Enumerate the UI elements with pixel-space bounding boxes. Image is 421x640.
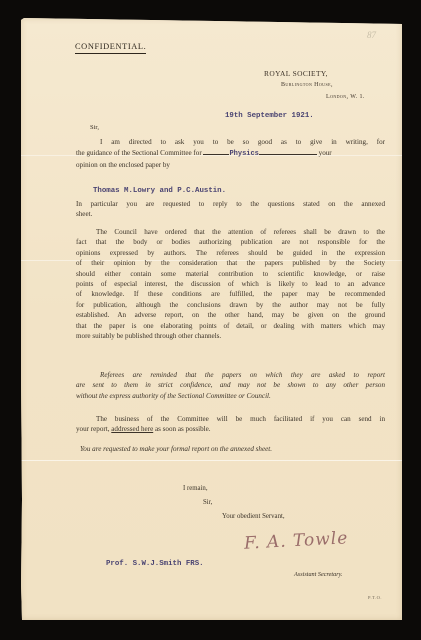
paragraph-line: are sent to them in strict confidence, a… <box>76 380 385 390</box>
blank-line <box>259 147 317 155</box>
intro-paragraph: I am directed to ask you to be so good a… <box>76 137 385 170</box>
page-number: 87 <box>367 30 376 40</box>
paragraph-line: sheet. <box>76 209 385 219</box>
paragraph-line: You are requested to make your formal re… <box>80 444 389 454</box>
business-paragraph: The business of the Committee will be mu… <box>76 414 385 435</box>
intro-text: your <box>319 149 332 157</box>
letterhead-address-line: Burlington House, <box>281 80 333 90</box>
closing-servant: Your obedient Servant, <box>222 512 285 522</box>
particular-paragraph: In particular you are requested to reply… <box>76 199 385 220</box>
salutation: Sir, <box>90 123 99 133</box>
letter-date: 19th September 1921. <box>225 111 314 121</box>
reminder-paragraph: Referees are reminded that the papers on… <box>76 370 385 401</box>
paragraph-line: of their opinion by the consideration th… <box>76 258 385 268</box>
fold-crease <box>21 460 402 461</box>
signatory-title: Assistant Secretary. <box>294 570 343 580</box>
paragraph-line: established. An adverse report, on the o… <box>76 310 385 320</box>
paragraph-line: without the express authority of the Sec… <box>76 391 385 401</box>
addressed-here-text: addressed here <box>111 425 153 433</box>
paragraph-line: The Council have ordered that the attent… <box>76 227 385 237</box>
closing-sir: Sir, <box>203 498 212 508</box>
paragraph-line: should either contain some material cont… <box>76 269 385 279</box>
handwritten-signature: F. A. Towle <box>244 528 349 553</box>
letterhead-org: ROYAL SOCIETY, <box>264 69 328 79</box>
business-text: your report, <box>76 425 111 433</box>
paragraph-line: more suitably be published through other… <box>76 331 385 341</box>
confidential-label: CONFIDENTIAL. <box>75 42 146 54</box>
paragraph-line: The business of the Committee will be mu… <box>76 414 385 424</box>
paragraph-line: of knowledge. If these conditions are fu… <box>76 289 385 299</box>
paragraph-line: for publication, although the conclusion… <box>76 300 385 310</box>
formal-report-note: You are requested to make your formal re… <box>80 444 389 454</box>
paragraph-line: Referees are reminded that the papers on… <box>76 370 385 380</box>
intro-line: opinion on the enclosed paper by <box>76 160 385 170</box>
intro-line: the guidance of the Sectional Committee … <box>76 147 385 159</box>
paragraph-line: In particular you are requested to reply… <box>76 199 385 209</box>
recipient-name: Prof. S.W.J.Smith FRS. <box>106 559 204 569</box>
closing-remain: I remain, <box>183 484 208 494</box>
council-paragraph: The Council have ordered that the attent… <box>76 227 385 341</box>
letter-page: 87 CONFIDENTIAL. ROYAL SOCIETY, Burlingt… <box>21 18 402 620</box>
paragraph-line: fact that the body or bodies authorizing… <box>76 237 385 247</box>
intro-line: I am directed to ask you to be so good a… <box>76 137 385 147</box>
paragraph-line: opinions expressed by authors. The refer… <box>76 248 385 258</box>
committee-field: Physics <box>229 150 258 158</box>
paragraph-line: that the paper is one elaborating points… <box>76 321 385 331</box>
letterhead-city: London, W. 1. <box>326 92 365 102</box>
business-text: as soon as possible. <box>153 425 210 433</box>
intro-text: the guidance of the Sectional Committee … <box>76 149 202 157</box>
paragraph-line: points of especial interest, the discuss… <box>76 279 385 289</box>
pto-mark: P.T.O. <box>368 593 382 603</box>
blank-line <box>203 147 229 155</box>
paper-authors: Thomas M.Lowry and P.C.Austin. <box>93 186 226 196</box>
paragraph-line: your report, addressed here as soon as p… <box>76 424 385 434</box>
